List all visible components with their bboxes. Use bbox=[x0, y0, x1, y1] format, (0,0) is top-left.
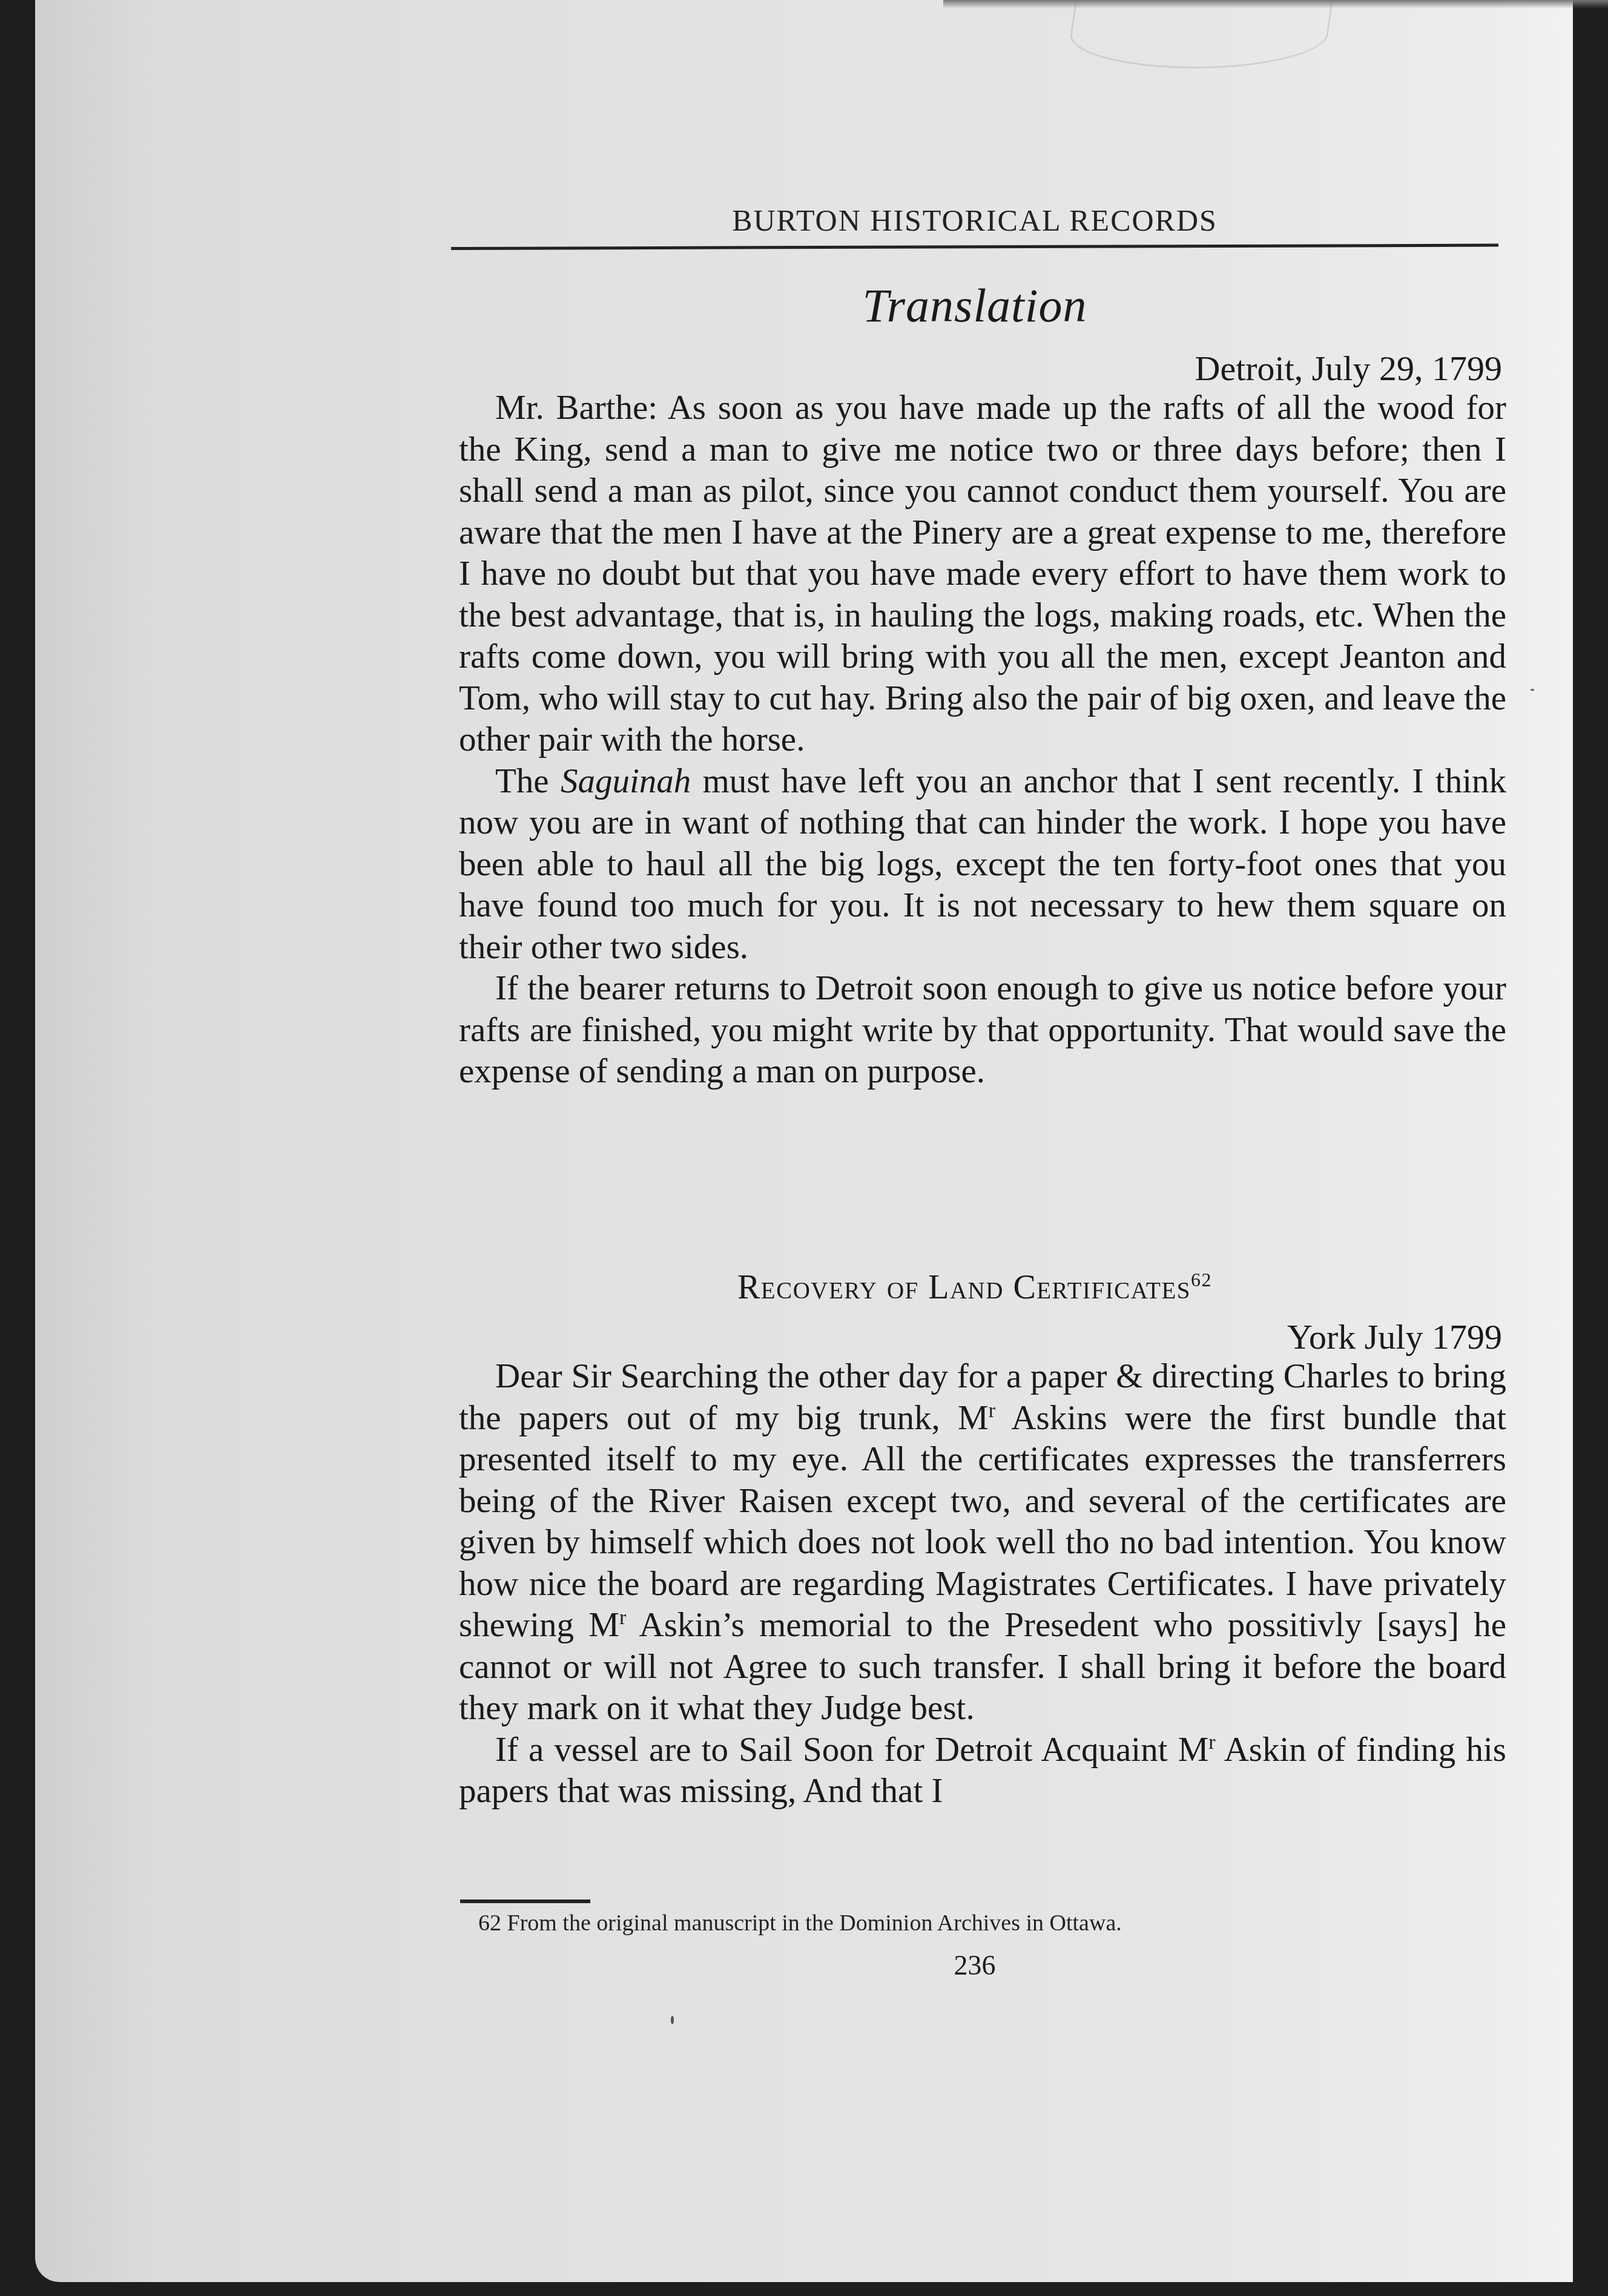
paragraph: Dear Sir Searching the other day for a p… bbox=[459, 1356, 1506, 1729]
section-title-text: Recovery of Land Certificates bbox=[737, 1269, 1191, 1306]
paragraph: If the bearer returns to Detroit soon en… bbox=[459, 968, 1506, 1093]
superscript-abbrev: r bbox=[619, 1607, 626, 1629]
superscript-abbrev: r bbox=[989, 1400, 995, 1422]
text-run: If the bearer returns to Detroit soon en… bbox=[459, 969, 1506, 1090]
running-head: BURTON HISTORICAL RECORDS bbox=[451, 203, 1498, 238]
letter-body-translation: Mr. Barthe: As soon as you have made up … bbox=[459, 387, 1506, 1093]
scan-speck bbox=[671, 2016, 674, 2024]
footnote-reference[interactable]: 62 bbox=[1191, 1269, 1212, 1291]
section-title-translation: Translation bbox=[451, 278, 1498, 333]
footnote-text: From the original manuscript in the Domi… bbox=[507, 1910, 1122, 1936]
dateline-detroit: Detroit, July 29, 1799 bbox=[1195, 348, 1502, 389]
footnote-rule bbox=[460, 1900, 590, 1903]
paper-crease bbox=[1066, 0, 1333, 68]
section-title-recovery: Recovery of Land Certificates62 bbox=[451, 1268, 1498, 1307]
scan-speck bbox=[1531, 689, 1534, 691]
text-run: If a vessel are to Sail Soon for Detroit… bbox=[495, 1731, 1208, 1769]
superscript-abbrev: r bbox=[1208, 1731, 1215, 1754]
footnote: 62 From the original manuscript in the D… bbox=[478, 1910, 1122, 1936]
text-run: Mr. Barthe: As soon as you have made up … bbox=[459, 389, 1506, 758]
dateline-york: York July 1799 bbox=[1287, 1317, 1502, 1357]
letter-body-recovery: Dear Sir Searching the other day for a p… bbox=[459, 1356, 1506, 1812]
text-run: The bbox=[495, 762, 561, 800]
italic-ship-name: Saguinah bbox=[561, 762, 691, 800]
scanned-page bbox=[35, 0, 1573, 2282]
paragraph: If a vessel are to Sail Soon for Detroit… bbox=[459, 1729, 1506, 1812]
footnote-number: 62 bbox=[478, 1910, 501, 1936]
paragraph: Mr. Barthe: As soon as you have made up … bbox=[459, 387, 1506, 761]
paragraph: The Saguinah must have left you an ancho… bbox=[459, 761, 1506, 969]
page-number: 236 bbox=[451, 1949, 1498, 1981]
